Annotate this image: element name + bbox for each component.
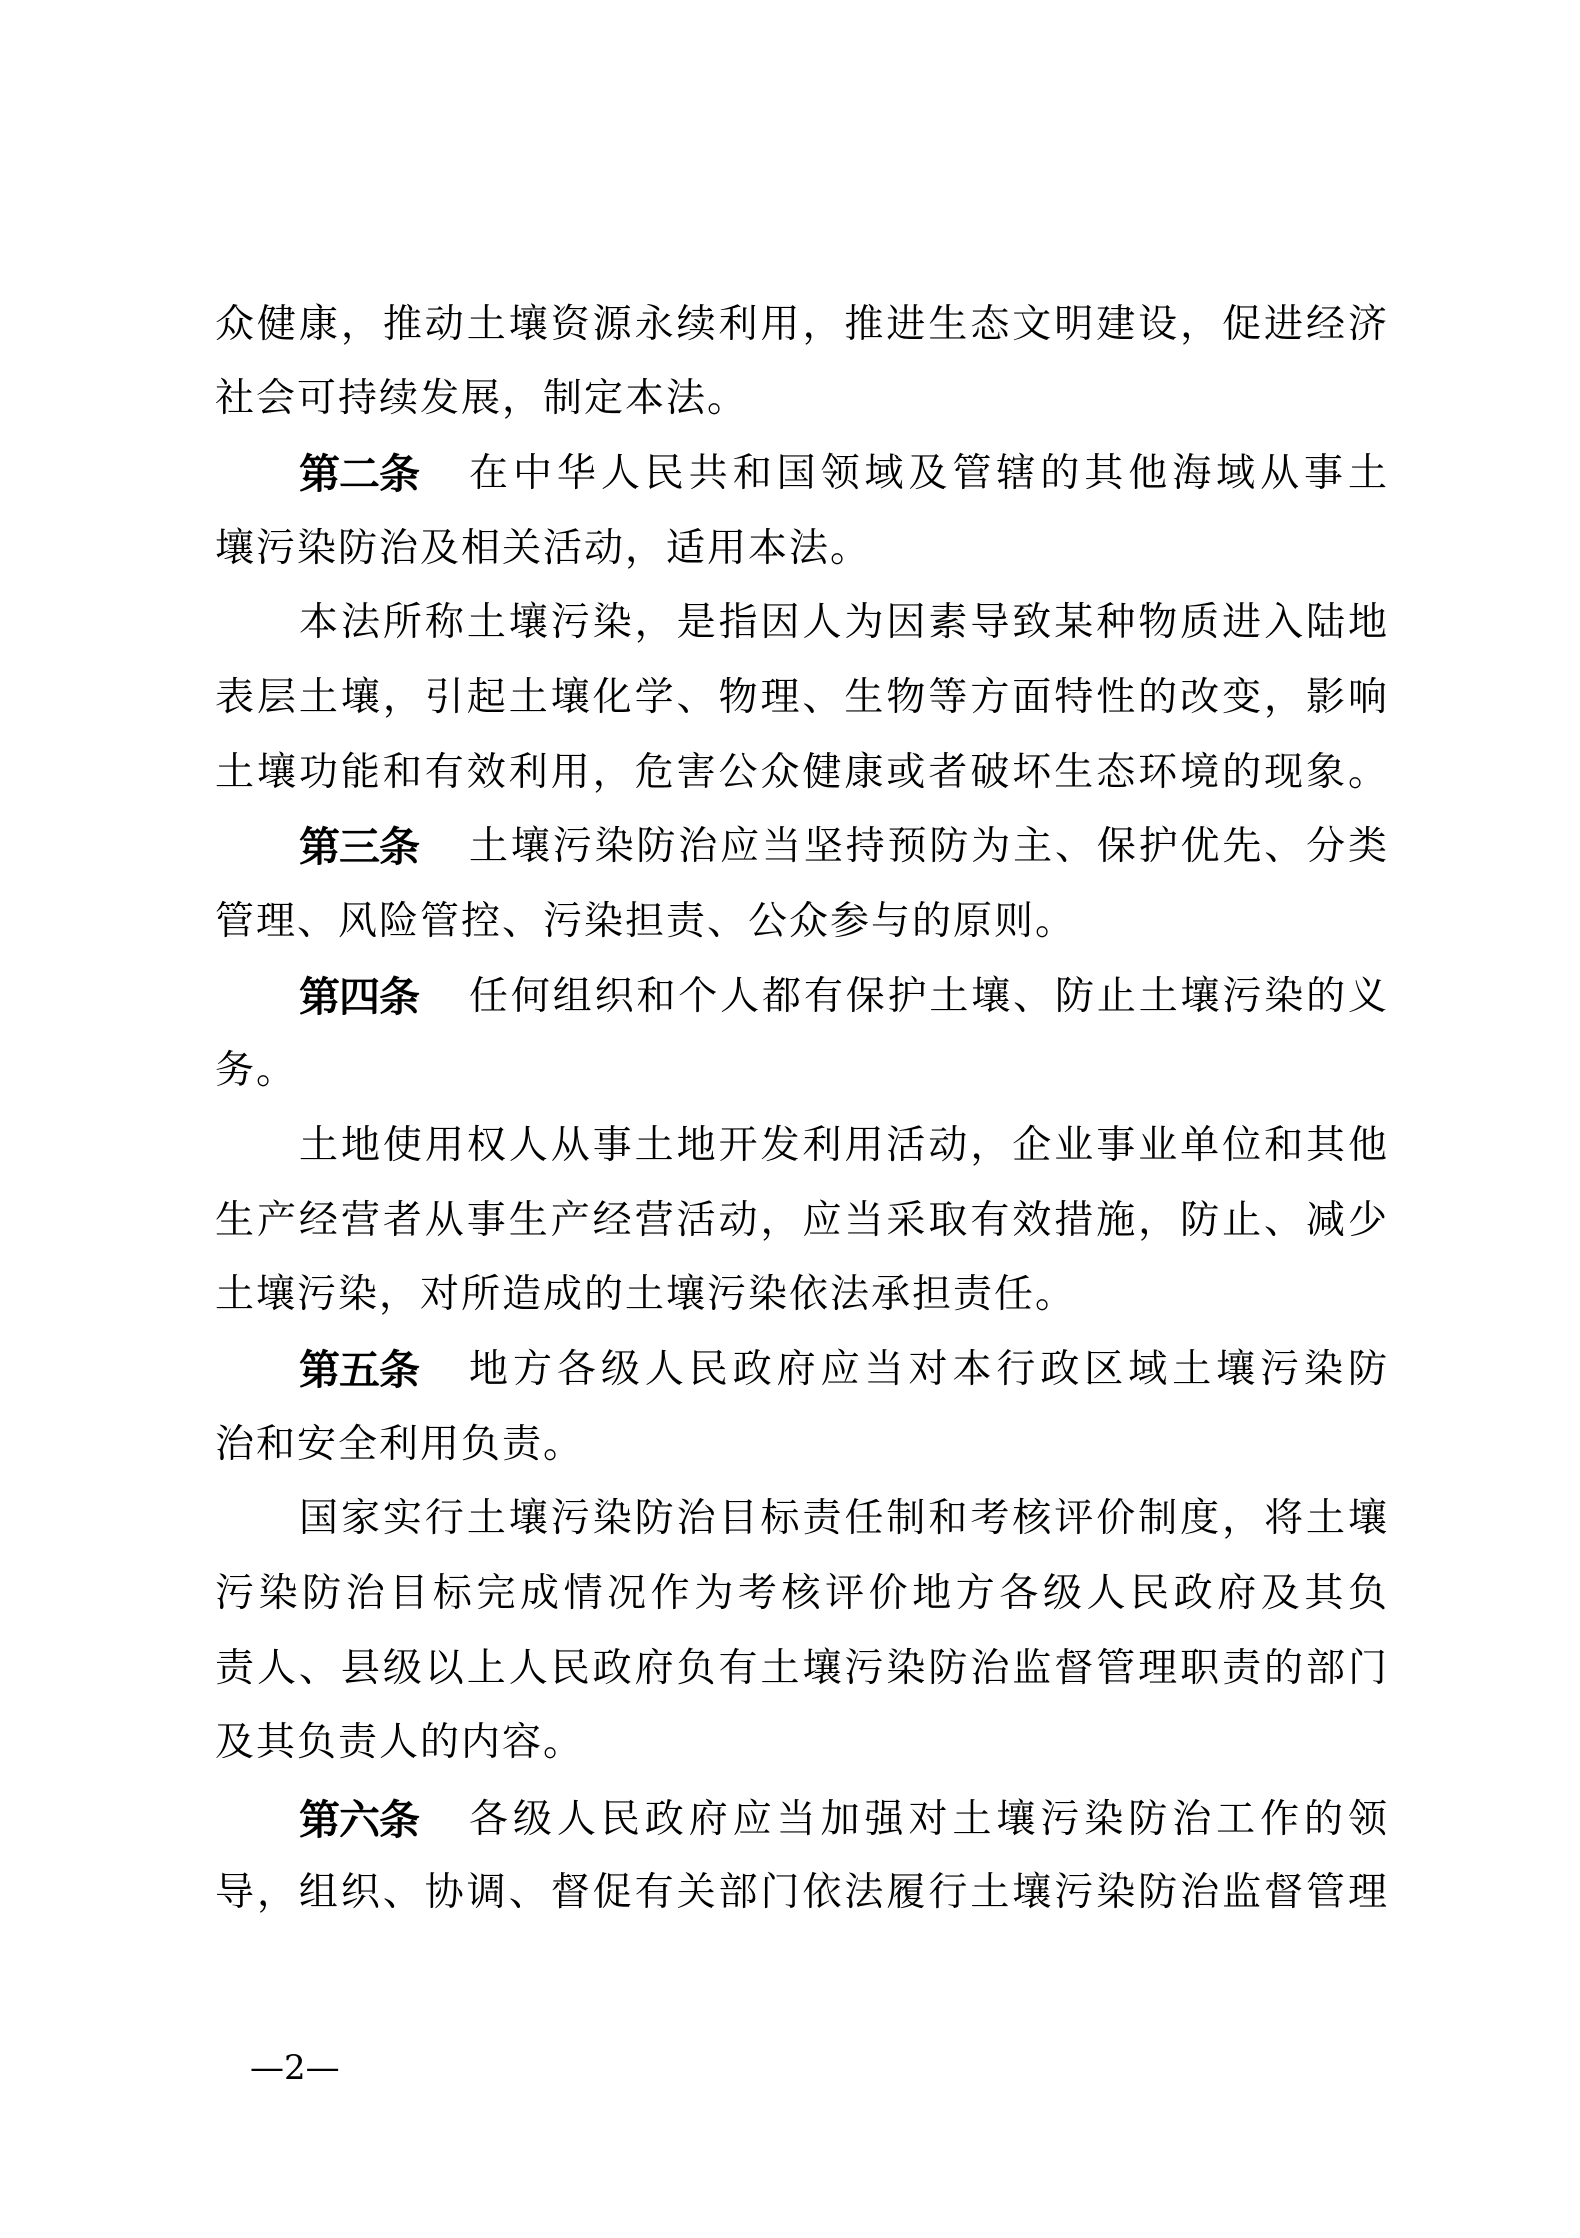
text-line: 众健康，推动土壤资源永续利用，推进生态文明建设，促进经济	[215, 288, 1387, 362]
text-line: 社会可持续发展，制定本法。	[215, 362, 1387, 436]
text-line: 生产经营者从事生产经营活动，应当采取有效措施，防止、减少	[215, 1184, 1387, 1258]
line-text: 及其负责人的内容。	[215, 1706, 1387, 1780]
article-heading: 第四条	[299, 960, 419, 1034]
text-line: 壤污染防治及相关活动，适用本法。	[215, 512, 1387, 586]
line-text: 土壤污染防治应当坚持预防为主、保护优先、分类	[469, 810, 1387, 884]
line-text: 责人、县级以上人民政府负有土壤污染防治监督管理职责的部门	[215, 1632, 1387, 1706]
text-line: 表层土壤，引起土壤化学、物理、生物等方面特性的改变，影响	[215, 661, 1387, 735]
line-text: 社会可持续发展，制定本法。	[215, 362, 1387, 436]
line-text: 在中华人民共和国领域及管辖的其他海域从事土	[469, 437, 1387, 511]
article-line: 第五条 地方各级人民政府应当对本行政区域土壤污染防	[299, 1333, 1387, 1407]
line-text: 土地使用权人从事土地开发利用活动，企业事业单位和其他	[299, 1109, 1387, 1183]
article-line: 第四条 任何组织和个人都有保护土壤、防止土壤污染的义	[299, 960, 1387, 1034]
article-heading: 第二条	[299, 437, 419, 511]
line-text: 治和安全利用负责。	[215, 1408, 1387, 1482]
document-page: 众健康，推动土壤资源永续利用，推进生态文明建设，促进经济 社会可持续发展，制定本…	[0, 0, 1580, 2238]
line-text: 地方各级人民政府应当对本行政区域土壤污染防	[469, 1333, 1387, 1407]
line-text: 管理、风险管控、污染担责、公众参与的原则。	[215, 885, 1387, 959]
text-line: 本法所称土壤污染，是指因人为因素导致某种物质进入陆地	[299, 586, 1387, 660]
article-line: 第三条 土壤污染防治应当坚持预防为主、保护优先、分类	[299, 810, 1387, 884]
article-heading: 第六条	[299, 1783, 419, 1857]
line-text: 导，组织、协调、督促有关部门依法履行土壤污染防治监督管理	[215, 1856, 1387, 1930]
line-text: 本法所称土壤污染，是指因人为因素导致某种物质进入陆地	[299, 586, 1387, 660]
text-line: 管理、风险管控、污染担责、公众参与的原则。	[215, 885, 1387, 959]
line-text: 土壤功能和有效利用，危害公众健康或者破坏生态环境的现象。	[215, 736, 1387, 810]
line-text: 各级人民政府应当加强对土壤污染防治工作的领	[469, 1783, 1387, 1857]
article-line: 第六条 各级人民政府应当加强对土壤污染防治工作的领	[299, 1783, 1387, 1857]
line-text: 生产经营者从事生产经营活动，应当采取有效措施，防止、减少	[215, 1184, 1387, 1258]
line-text: 土壤污染，对所造成的土壤污染依法承担责任。	[215, 1258, 1387, 1332]
text-line: 责人、县级以上人民政府负有土壤污染防治监督管理职责的部门	[215, 1632, 1387, 1706]
line-text: 壤污染防治及相关活动，适用本法。	[215, 512, 1387, 586]
text-line: 及其负责人的内容。	[215, 1706, 1387, 1780]
text-line: 治和安全利用负责。	[215, 1408, 1387, 1482]
line-text: 众健康，推动土壤资源永续利用，推进生态文明建设，促进经济	[215, 288, 1387, 362]
text-line: 土壤功能和有效利用，危害公众健康或者破坏生态环境的现象。	[215, 736, 1387, 810]
text-line: 导，组织、协调、督促有关部门依法履行土壤污染防治监督管理	[215, 1856, 1387, 1930]
line-text: 表层土壤，引起土壤化学、物理、生物等方面特性的改变，影响	[215, 661, 1387, 735]
text-line: 污染防治目标完成情况作为考核评价地方各级人民政府及其负	[215, 1557, 1387, 1631]
article-heading: 第三条	[299, 810, 419, 884]
line-text: 国家实行土壤污染防治目标责任制和考核评价制度，将土壤	[299, 1482, 1387, 1556]
line-text: 务。	[215, 1034, 1387, 1108]
page-number: —2—	[250, 2046, 340, 2090]
text-line: 土地使用权人从事土地开发利用活动，企业事业单位和其他	[299, 1109, 1387, 1183]
article-heading: 第五条	[299, 1333, 419, 1407]
text-line: 国家实行土壤污染防治目标责任制和考核评价制度，将土壤	[299, 1482, 1387, 1556]
line-text: 污染防治目标完成情况作为考核评价地方各级人民政府及其负	[215, 1557, 1387, 1631]
text-line: 土壤污染，对所造成的土壤污染依法承担责任。	[215, 1258, 1387, 1332]
text-line: 务。	[215, 1034, 1387, 1108]
article-line: 第二条 在中华人民共和国领域及管辖的其他海域从事土	[299, 437, 1387, 511]
line-text: 任何组织和个人都有保护土壤、防止土壤污染的义	[469, 960, 1387, 1034]
